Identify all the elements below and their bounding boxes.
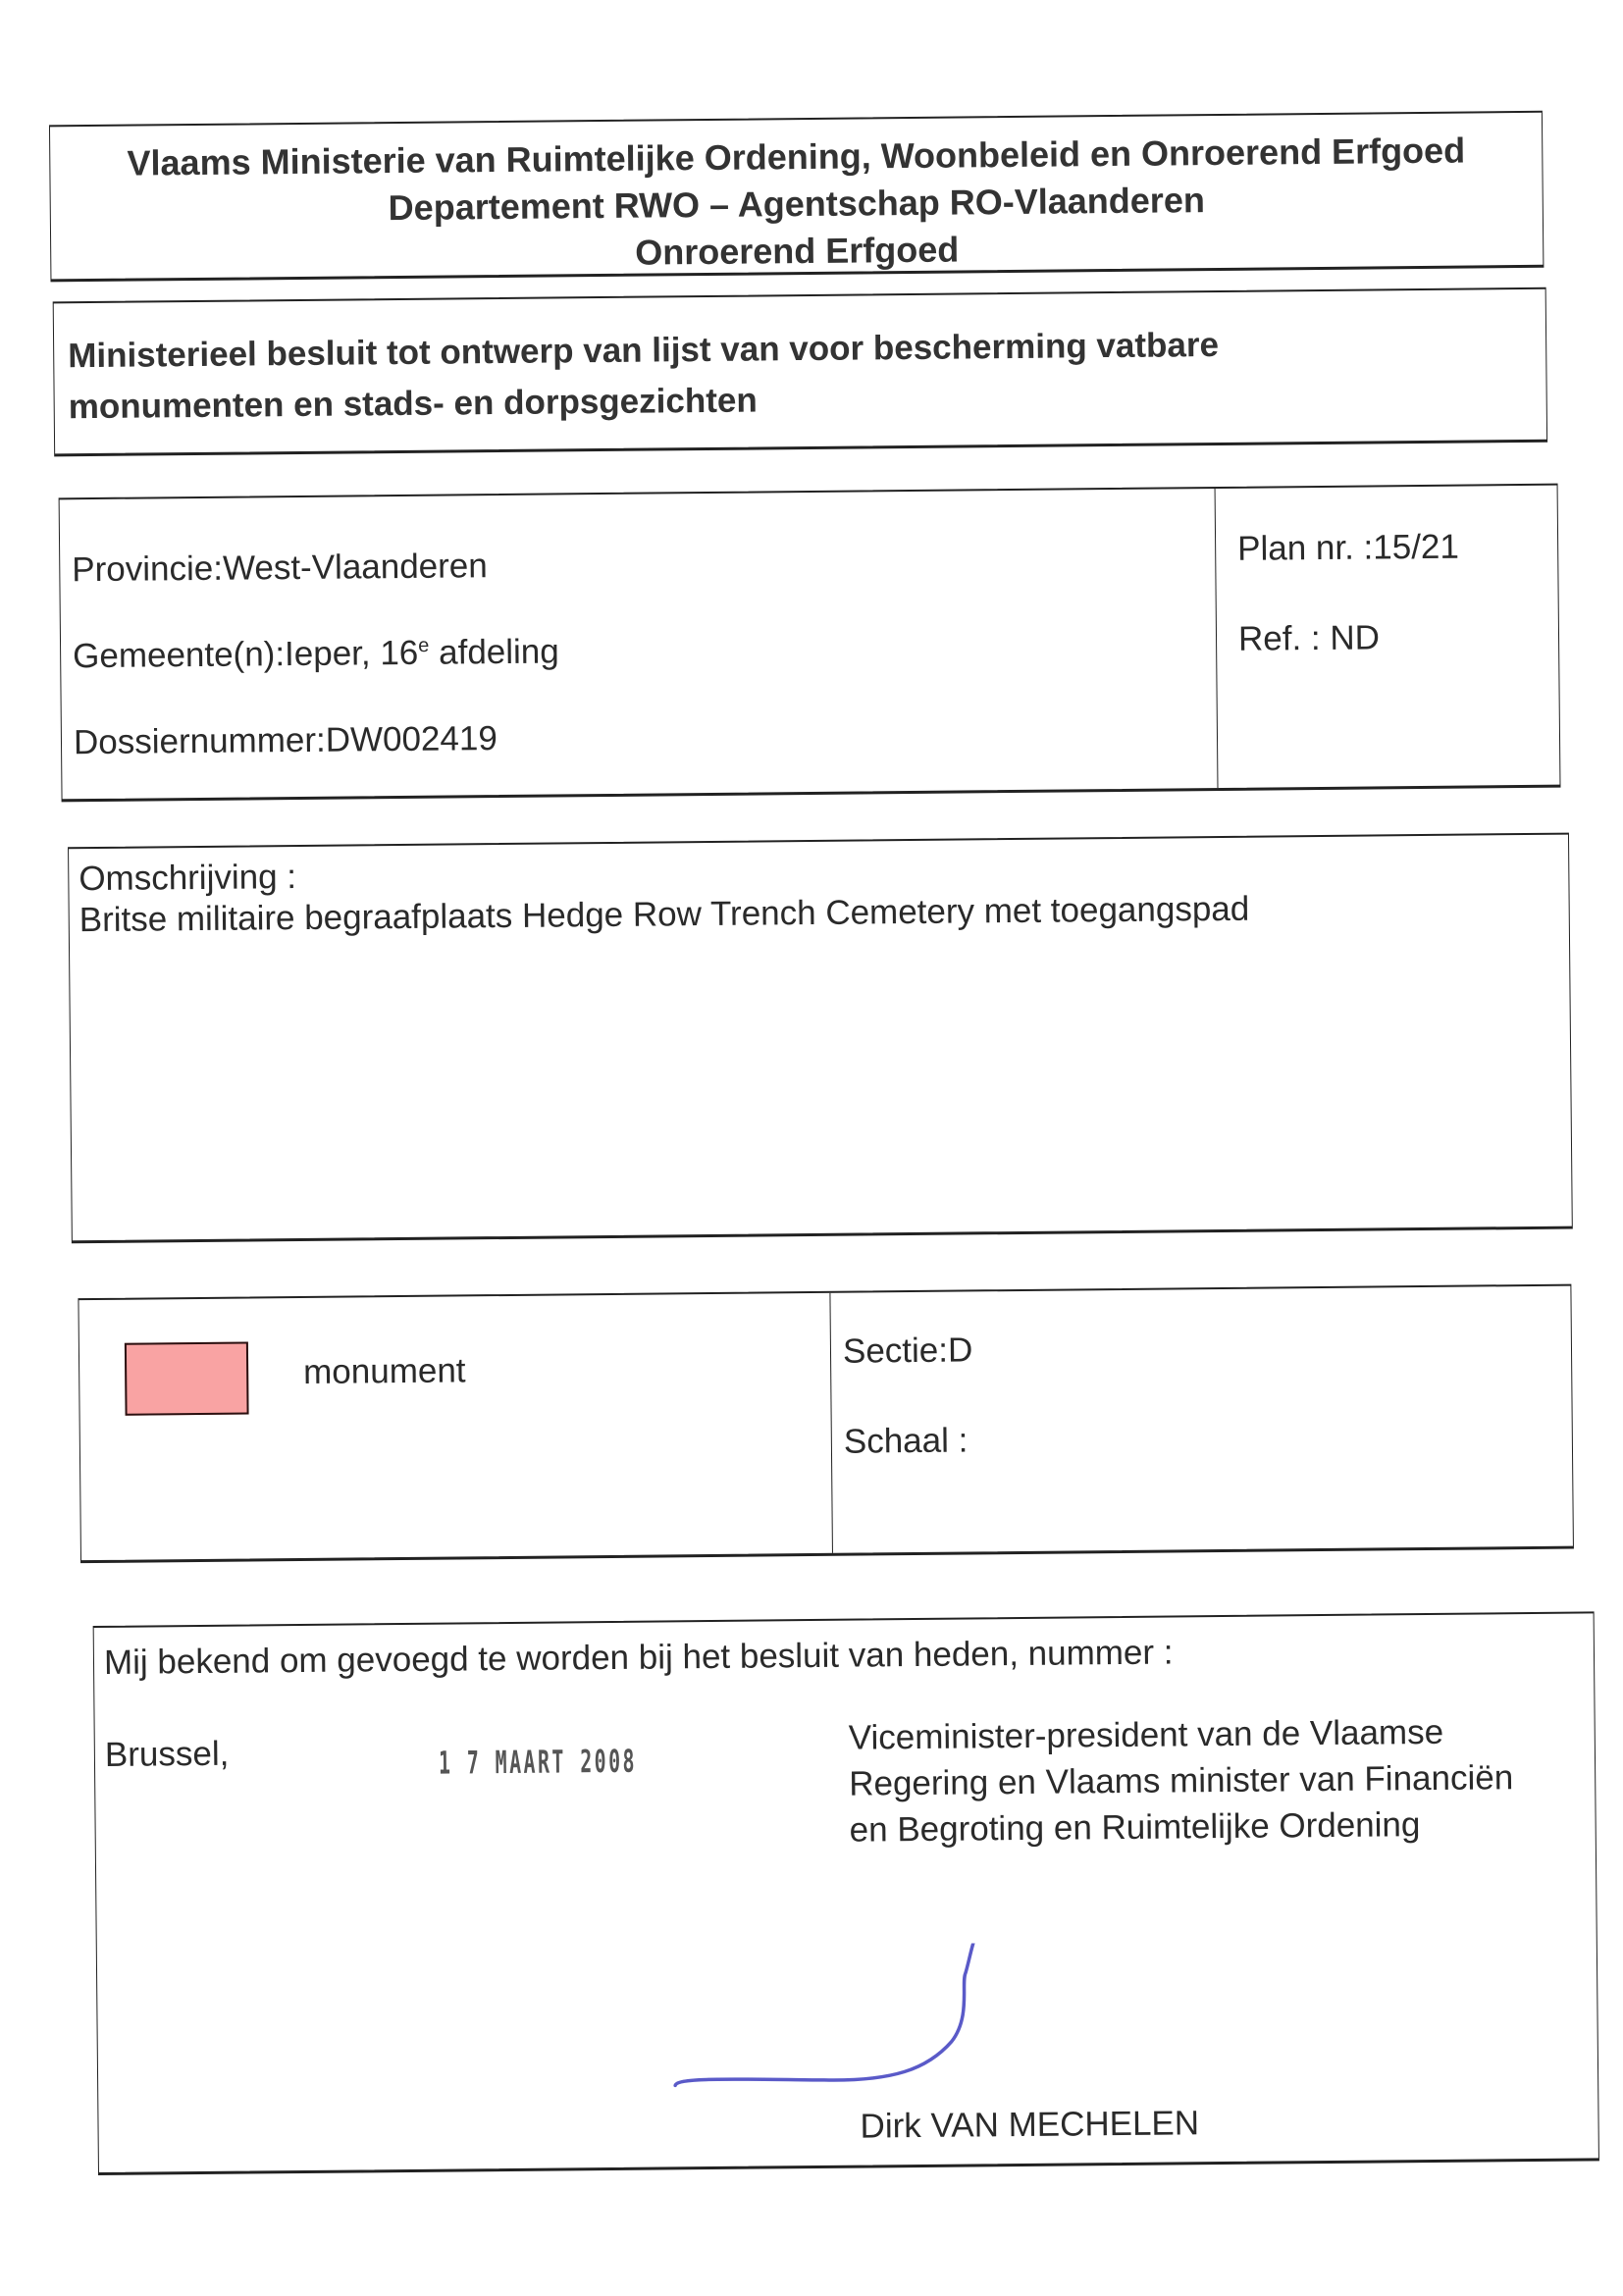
dossier-info: Provincie:West-Vlaanderen Gemeente(n):Ie… bbox=[59, 484, 1561, 803]
plan-info: Plan nr. :15/21 Ref. : ND bbox=[1228, 486, 1560, 788]
gemeente-suffix: afdeling bbox=[429, 632, 559, 671]
description-section: Omschrijving : Britse militaire begraafp… bbox=[68, 833, 1573, 1244]
minister-title: Viceminister-president van de Vlaamse Re… bbox=[849, 1708, 1556, 1853]
monument-color-swatch-icon bbox=[125, 1342, 249, 1416]
ministry-header: Vlaams Ministerie van Ruimtelijke Ordeni… bbox=[49, 111, 1544, 283]
attachment-statement: Mij bekend om gevoegd te worden bij het … bbox=[104, 1633, 1174, 1682]
gemeente-field: Gemeente(n):Ieper, 16e afdeling bbox=[73, 626, 1217, 723]
signer-name: Dirk VAN MECHELEN bbox=[860, 2104, 1199, 2146]
schaal-field: Schaal : bbox=[844, 1416, 1573, 1513]
gemeente-superscript: e bbox=[418, 635, 429, 656]
date-stamp: 1 7 MAART 2008 bbox=[439, 1743, 637, 1782]
plan-number-field: Plan nr. :15/21 bbox=[1237, 527, 1558, 620]
legend-items: monument bbox=[79, 1293, 833, 1560]
signing-city: Brussel, bbox=[105, 1735, 230, 1775]
document-page: Vlaams Ministerie van Ruimtelijke Ordeni… bbox=[0, 0, 1623, 2296]
location-info: Provincie:West-Vlaanderen Gemeente(n):Ie… bbox=[60, 489, 1219, 799]
provincie-field: Provincie:West-Vlaanderen bbox=[72, 540, 1216, 637]
gemeente-text: Gemeente(n):Ieper, 16 bbox=[73, 634, 419, 675]
legend-section: monument Sectie:D Schaal : bbox=[78, 1284, 1574, 1564]
decree-title: Ministerieel besluit tot ontwerp van lij… bbox=[53, 287, 1547, 457]
reference-field: Ref. : ND bbox=[1238, 617, 1559, 710]
sectie-field: Sectie:D bbox=[843, 1326, 1572, 1423]
signature-section: Mij bekend om gevoegd te worden bij het … bbox=[93, 1611, 1599, 2175]
dossier-number-field: Dossiernummer:DW002419 bbox=[74, 712, 1218, 809]
map-info: Sectie:D Schaal : bbox=[830, 1286, 1573, 1553]
legend-label-monument: monument bbox=[303, 1351, 466, 1392]
